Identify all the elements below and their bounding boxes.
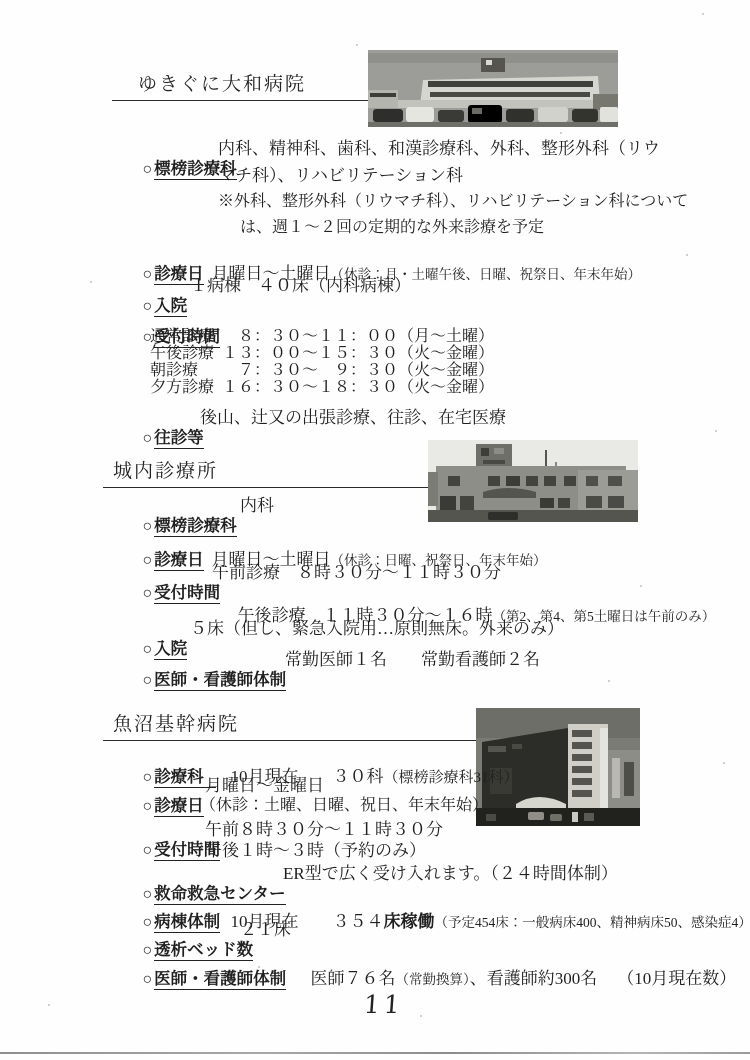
- scan-speck: [48, 1004, 50, 1006]
- doctors-note: （常勤換算）: [396, 972, 470, 987]
- title-underline: [103, 487, 428, 488]
- field-house-calls: ○往診等: [117, 408, 204, 469]
- er-value: ER型で広く受け入れます。（２４時間体制）: [283, 864, 618, 884]
- scan-speck: [715, 430, 717, 432]
- wards-note: （予定454床：一般病床400、精神病床50、感染症4）: [435, 915, 750, 930]
- slot-days: （火～金曜）: [398, 379, 494, 398]
- doctors-count: 医師７６名: [311, 969, 396, 988]
- page-number: 11: [363, 990, 405, 1019]
- bullet-icon: ○: [143, 971, 153, 990]
- departments-line1: 内科、精神科、歯科、和漢診療科、外科、整形外科（リウ: [218, 139, 660, 159]
- departments-line2: マチ科）、リハビリテーション科: [218, 166, 463, 186]
- section-title-uonuma: 魚沼基幹病院: [113, 714, 239, 736]
- bullet-icon: ○: [143, 842, 153, 861]
- title-underline: [112, 100, 370, 101]
- bullet-icon: ○: [143, 585, 153, 604]
- scan-speck: [356, 44, 358, 46]
- staff-value: 常勤医師１名 常勤看護師２名: [285, 650, 540, 670]
- as-of-note: （10月現在数）: [617, 969, 736, 988]
- wards-beds-operating: 床稼働: [384, 912, 435, 931]
- slot-name: 夕方診療: [150, 379, 222, 398]
- field-staff: ○医師・看護師体制: [117, 650, 286, 711]
- section-title-yukiguni: ゆきぐに大和病院: [138, 74, 306, 96]
- scan-speck: [702, 13, 704, 15]
- jonai-clinic-photo: [428, 440, 638, 522]
- admission-value: １病棟 ４０床（内科病棟）: [190, 276, 411, 296]
- scan-speck: [723, 762, 725, 764]
- bullet-icon: ○: [143, 798, 153, 817]
- departments-note2: は、週１～２回の定期的な外来診療を予定: [240, 219, 544, 238]
- scan-speck: [90, 281, 92, 283]
- scan-speck: [420, 1015, 422, 1017]
- title-underline: [103, 740, 476, 741]
- departments-value: 内科: [240, 496, 274, 516]
- section-title-jonai: 城内診療所: [113, 461, 218, 483]
- bullet-icon: ○: [143, 161, 153, 180]
- yukiguni-hospital-photo: [368, 50, 618, 127]
- reception-am: 午前診療 ８時３０分～１１時３０分: [212, 563, 501, 583]
- scan-speck: [686, 254, 688, 256]
- admission-value: ５床（但し、緊急入院用…原則無床。外来のみ）: [190, 619, 564, 639]
- slot-time: １６：３０～１８：３０: [222, 379, 398, 398]
- reception-am: 午前８時３０分～１１時３０分: [205, 820, 443, 840]
- dialysis-value: ２１床: [240, 920, 291, 940]
- scan-speck: [560, 132, 562, 134]
- bullet-icon: ○: [143, 430, 153, 449]
- field-staff: ○医師・看護師体制: [117, 949, 286, 1010]
- field-label: 医師・看護師体制: [154, 970, 286, 990]
- scan-speck: [608, 680, 610, 682]
- field-label: 診療日: [154, 797, 204, 817]
- field-reception-hours: ○受付時間: [117, 563, 220, 624]
- reception-row: 夕方診療１６：３０～１８：３０（火～金曜）: [150, 379, 494, 398]
- bullet-icon: ○: [143, 672, 153, 691]
- field-label: 往診等: [154, 429, 204, 449]
- scan-speck: [258, 966, 260, 968]
- field-label: 医師・看護師体制: [154, 671, 286, 691]
- departments-note1: ※外科、整形外科（リウマチ科）、リハビリテーション科について: [218, 193, 688, 212]
- scan-artifact-line: [0, 1052, 750, 1054]
- nurses-count: 、看護師約300名: [470, 969, 598, 988]
- depts-note: （標榜診療科31科）: [384, 770, 519, 786]
- consult-days-note: （休診：土曜、日曜、祝日、年末年始）: [200, 797, 488, 816]
- consult-days-value: 月曜日～金曜日: [205, 776, 324, 796]
- scan-speck: [640, 585, 642, 587]
- reception-pm: 午後１時～３時（予約のみ）: [205, 841, 426, 861]
- house-calls-value: 後山、辻又の出張診療、往診、在宅医療: [200, 408, 506, 428]
- field-label: 受付時間: [154, 584, 220, 604]
- scanned-document-page: ゆきぐに大和病院 ○標榜診療科: [0, 0, 750, 1060]
- staff-value: 医師７６名（常勤換算）、看護師約300名（10月現在数）: [285, 949, 736, 1009]
